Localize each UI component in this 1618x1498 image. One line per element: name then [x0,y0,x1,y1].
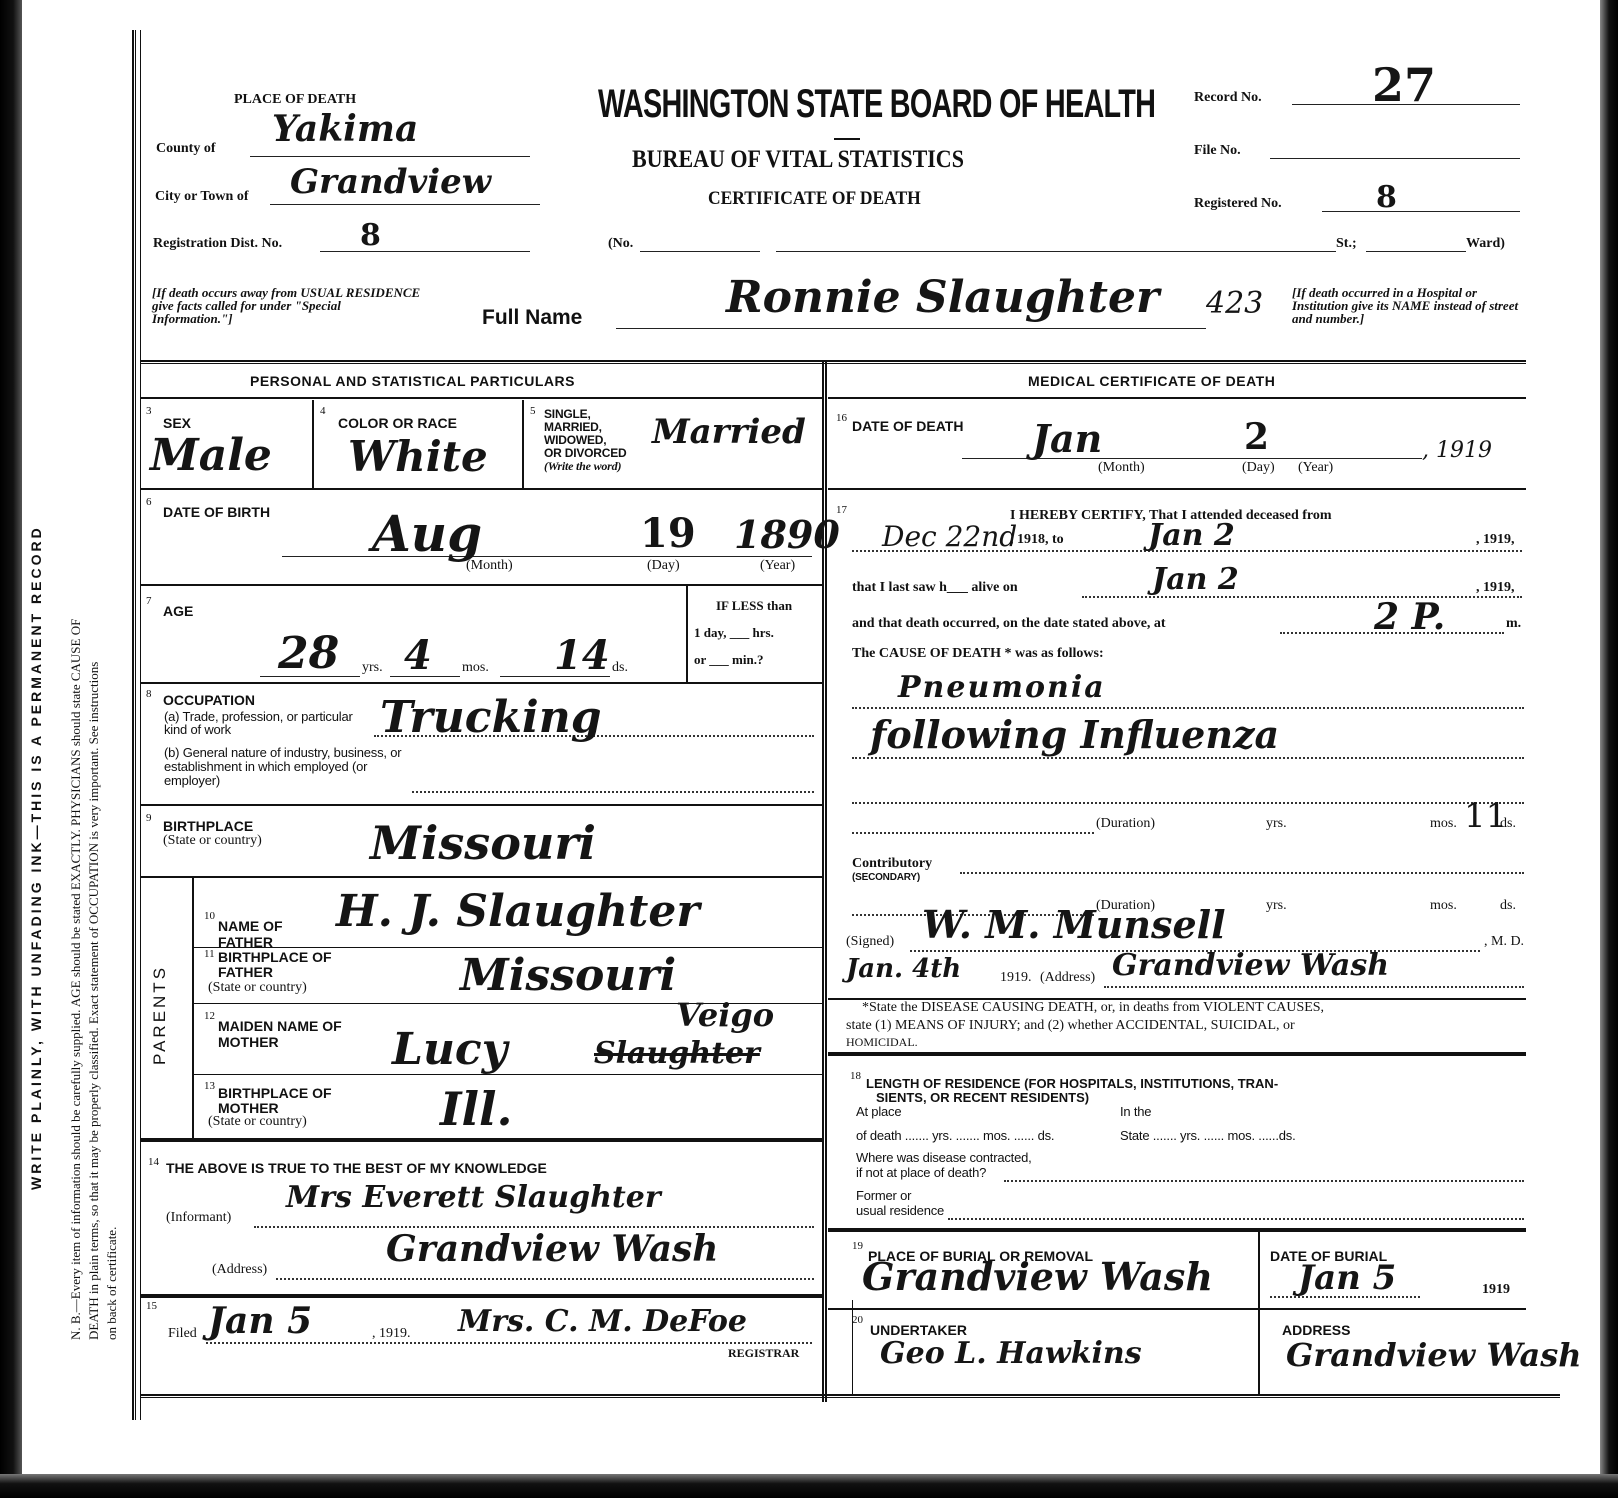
ward-line [1366,251,1466,252]
filed-number: 15 [146,1300,157,1312]
cause-label: The CAUSE OF DEATH * was as follows: [852,646,1104,662]
occupation-a-label: (a) Trade, profession, or particular kin… [164,710,374,736]
dob-month-caption: (Month) [466,558,513,574]
full-name-label: Full Name [482,306,582,330]
physician-signature: W. M. Munsell [922,902,1226,947]
margin-note-line-3: on back of certificate. [104,940,120,1340]
informant-address-label: (Address) [212,1262,267,1278]
mother-struck-name: Slaughter [594,1036,760,1071]
mother-rule [194,1074,824,1075]
cause-line-3 [852,802,1524,804]
birthplace-hint: (State or country) [163,833,262,849]
mother-number: 12 [204,1010,215,1022]
full-name-value: Ronnie Slaughter [726,272,1159,323]
duration-ds: ds. [1500,816,1516,832]
dod-month: Jan [1032,416,1102,461]
street-no-label: (No. [608,236,633,252]
residence-heading-2: SIENTS, OR RECENT RESIDENTS) [876,1090,1089,1105]
occupation-b-label: (b) General nature of industry, business… [164,746,404,788]
scan-edge-right [1600,0,1618,1498]
former-residence-label-1: Former or [856,1188,911,1203]
attended-to: Jan 2 [1148,518,1235,553]
sex-race-divider [312,400,314,488]
race-label: COLOR OR RACE [338,415,457,431]
in-state-label-1: In the [1120,1104,1151,1119]
record-no-label: Record No. [1194,90,1262,106]
registrar-label: REGISTRAR [728,1346,799,1361]
last-saw-line [1082,596,1522,598]
father-birthplace-hint: (State or country) [208,980,307,996]
physician-address-line [1104,986,1524,988]
age-top-rule [140,584,824,586]
undertaker-value: Geo L. Hawkins [880,1336,1142,1371]
sex-number: 3 [146,405,152,417]
undertaker-number: 20 [852,1314,863,1326]
dod-day: 2 [1244,416,1269,458]
occupation-top-rule [140,682,824,684]
personal-heading-rule [140,397,824,399]
race-marital-divider [522,400,524,488]
mother-birthplace-number: 13 [204,1080,215,1092]
mother-birthplace-value: Ill. [440,1082,512,1136]
contracted-label-1: Where was disease contracted, [856,1150,1032,1165]
physician-address-value: Grandview Wash [1112,948,1389,983]
county-value: Yakima [272,108,418,150]
form-frame-left [132,30,136,1420]
burial-place-number: 19 [852,1240,863,1252]
footnote-line-3: HOMICIDAL. [846,1035,918,1050]
footnote-line-1: *State the DISEASE CAUSING DEATH, or, in… [862,1000,1324,1016]
filed-top-rule [140,1294,824,1298]
occupation-number: 8 [146,688,152,700]
father-label: NAME OF FATHER [218,918,328,950]
form-bottom-rule [140,1394,1560,1398]
burial-place-value: Grandview Wash [862,1254,1213,1299]
informant-number: 14 [148,1156,159,1168]
registered-no-value: 8 [1376,180,1397,215]
registrar-right-border [852,1300,853,1396]
informant-label: (Informant) [166,1210,231,1226]
reg-dist-label: Registration Dist. No. [153,236,282,252]
father-birthplace-label: BIRTHPLACE OF FATHER [218,950,368,980]
dob-line [282,556,812,557]
filed-year: , 1919. [372,1326,411,1342]
mother-value: Lucy [392,1024,507,1075]
city-value: Grandview [290,162,491,202]
age-mos-caption: mos. [462,660,489,676]
footnote-line-2: state (1) MEANS OF INJURY; and (2) wheth… [846,1018,1295,1034]
dob-day: 19 [640,510,696,557]
certify-top-rule [828,488,1526,490]
section-top-rule [140,360,1526,364]
death-time-label: and that death occurred, on the date sta… [852,616,1166,632]
last-saw-label: that I last saw h___ alive on [852,580,1018,596]
contributory-duration-mos: mos. [1430,898,1457,914]
county-label: County of [156,141,216,157]
contributory-hint: (SECONDARY) [852,872,920,883]
if-less-min: or ___ min.? [694,652,763,668]
file-no-line [1270,158,1520,159]
occupation-label: OCCUPATION [163,692,255,708]
md-suffix: , M. D. [1484,934,1524,950]
personal-section-heading: PERSONAL AND STATISTICAL PARTICULARS [250,373,575,389]
occupation-b-line [412,791,814,793]
attended-to-year: , 1919, [1476,532,1515,548]
father-rule [194,947,824,948]
street-line [776,251,1336,252]
informant-value: Mrs Everett Slaughter [286,1180,661,1215]
title-divider [834,138,860,140]
bureau-title: BUREAU OF VITAL STATISTICS [632,146,964,174]
certificate-title: CERTIFICATE OF DEATH [708,188,921,210]
death-time-value: 2 P. [1374,596,1445,638]
sex-value: Male [150,430,272,481]
dod-label: DATE OF DEATH [852,418,963,434]
contributory-duration-ds: ds. [1500,898,1516,914]
dod-number: 16 [836,412,847,424]
signed-year: 1919. [1000,970,1032,986]
age-yrs-caption: yrs. [362,660,383,676]
ward-label: Ward) [1466,236,1505,252]
attended-from-year: , 1918, to [1010,532,1064,548]
at-place-label-1: At place [856,1104,901,1119]
burial-divider [1258,1232,1260,1394]
registered-no-label: Registered No. [1194,196,1282,212]
father-birthplace-value: Missouri [460,950,676,1001]
reg-dist-line [320,251,530,252]
duration-leader [852,832,1094,834]
mother-correction: Veigo [676,996,774,1034]
city-line [270,204,540,205]
undertaker-top-rule [828,1308,1526,1310]
parents-band-label: PARENTS [150,965,170,1065]
record-no-value: 27 [1372,58,1436,112]
age-label: AGE [163,603,193,619]
contracted-line [1004,1180,1524,1182]
cause-line-1-value: Pneumonia [898,670,1106,705]
registered-no-line [1322,211,1520,212]
filed-label: Filed [168,1326,197,1342]
at-place-label-2: of death ....... yrs. ....... mos. .....… [856,1128,1054,1143]
sex-label: SEX [163,415,191,431]
signed-label: (Signed) [846,934,894,950]
dob-label: DATE OF BIRTH [163,504,270,520]
margin-note-line-2: DEATH in plain terms, so that it may be … [86,80,102,1340]
scan-edge-left [0,0,22,1498]
dod-year: , 1919 [1422,438,1492,463]
dod-month-caption: (Month) [1098,460,1145,476]
board-title: WASHINGTON STATE BOARD OF HEALTH [598,82,1155,127]
birthplace-top-rule [140,804,824,806]
undertaker-address-value: Grandview Wash [1286,1336,1582,1374]
dob-top-rule [140,488,824,490]
medical-heading-rule [828,397,1526,399]
age-days: 14 [554,632,610,679]
medical-section-heading: MEDICAL CERTIFICATE OF DEATH [1028,373,1275,389]
birthplace-value: Missouri [370,816,596,870]
filed-line [206,1342,812,1344]
dod-day-caption: (Day) [1242,460,1275,476]
signed-date: Jan. 4th [846,954,961,984]
age-ds-caption: ds. [612,660,628,676]
scan-edge-bottom [0,1474,1618,1498]
street-label: St.; [1336,236,1357,252]
marital-number: 5 [530,405,536,417]
if-less-label: IF LESS than [716,598,792,614]
father-value: H. J. Slaughter [336,886,700,937]
marital-label: SINGLE, MARRIED, WIDOWED, OR DIVORCED (W… [544,408,626,473]
city-label: City or Town of [155,189,248,205]
dob-number: 6 [146,496,152,508]
form-frame-left-inner [140,30,141,1420]
dod-line [962,458,1422,459]
certify-number: 17 [836,504,847,516]
informant-address-line [276,1278,814,1280]
age-months: 4 [404,632,432,679]
attended-from: Dec 22nd [882,520,1017,553]
duration-label: (Duration) [1096,816,1155,832]
informant-top-rule [140,1138,824,1142]
former-residence-line [948,1218,1524,1220]
margin-note-line-1: N. B.—Every item of information should b… [68,80,84,1340]
in-state-label-2: State ....... yrs. ...... mos. ......ds. [1120,1128,1296,1143]
marital-value: Married [652,412,806,452]
burial-date-value: Jan 5 [1298,1258,1396,1298]
filed-date: Jan 5 [208,1300,312,1342]
age-years: 28 [278,628,339,679]
dob-year-caption: (Year) [760,558,795,574]
dob-year: 1890 [734,512,840,557]
physician-address-label: (Address) [1040,970,1095,986]
contributory-line [960,872,1524,874]
county-line [250,156,530,157]
contributory-duration-yrs: yrs. [1266,898,1287,914]
margin-permanent-record: WRITE PLAINLY, WITH UNFADING INK—THIS IS… [28,80,44,1190]
file-no-label: File No. [1194,143,1241,159]
usual-residence-note: [If death occurs away from USUAL RESIDEN… [152,286,422,325]
occupation-value: Trucking [380,692,601,743]
residence-heading-1: LENGTH OF RESIDENCE (FOR HOSPITALS, INST… [866,1076,1278,1091]
former-residence-label-2: usual residence [856,1203,944,1218]
contracted-label-2: if not at place of death? [856,1165,986,1180]
dod-year-caption: (Year) [1298,460,1333,476]
dob-month: Aug [372,504,482,563]
duration-yrs: yrs. [1266,816,1287,832]
race-number: 4 [320,405,326,417]
burial-top-rule [828,1228,1526,1232]
parents-top-rule [140,876,824,878]
residence-number: 18 [850,1070,861,1082]
full-name-annotation: 423 [1206,286,1263,321]
mother-birthplace-hint: (State or country) [208,1114,307,1130]
place-of-death-heading: PLACE OF DEATH [234,92,356,108]
registrar-value: Mrs. C. M. DeFoe [458,1304,747,1339]
reg-dist-value: 8 [360,218,381,253]
informant-heading: THE ABOVE IS TRUE TO THE BEST OF MY KNOW… [166,1160,547,1176]
birthplace-label: BIRTHPLACE [163,818,253,834]
informant-address-value: Grandview Wash [386,1228,718,1270]
duration-mos: mos. [1430,816,1457,832]
death-time-suffix: m. [1506,616,1521,632]
burial-date-year: 1919 [1482,1282,1510,1298]
age-number: 7 [146,595,152,607]
dob-day-caption: (Day) [647,558,680,574]
father-birthplace-number: 11 [204,948,215,960]
residence-top-rule [828,1052,1526,1056]
full-name-line [616,328,1206,329]
age-if-less-divider [686,586,688,682]
parents-band-divider [192,878,194,1138]
cause-line-2 [852,757,1524,759]
mother-birthplace-label: BIRTHPLACE OF MOTHER [218,1086,368,1116]
if-less-day: 1 day, ___ hrs. [694,625,774,641]
contributory-label: Contributory [852,856,932,872]
street-no-line [640,251,760,252]
cause-line-2-value: following Influenza [870,712,1279,757]
father-number: 10 [204,910,215,922]
marital-hint: (Write the word) [544,460,626,473]
last-saw-value: Jan 2 [1152,562,1239,597]
last-saw-year: , 1919, [1476,580,1515,596]
cause-line-1 [852,707,1524,709]
hospital-note: [If death occurred in a Hospital or Inst… [1292,286,1524,325]
race-value: White [348,432,488,481]
birthplace-number: 9 [146,812,152,824]
mother-label: MAIDEN NAME OF MOTHER [218,1018,378,1050]
